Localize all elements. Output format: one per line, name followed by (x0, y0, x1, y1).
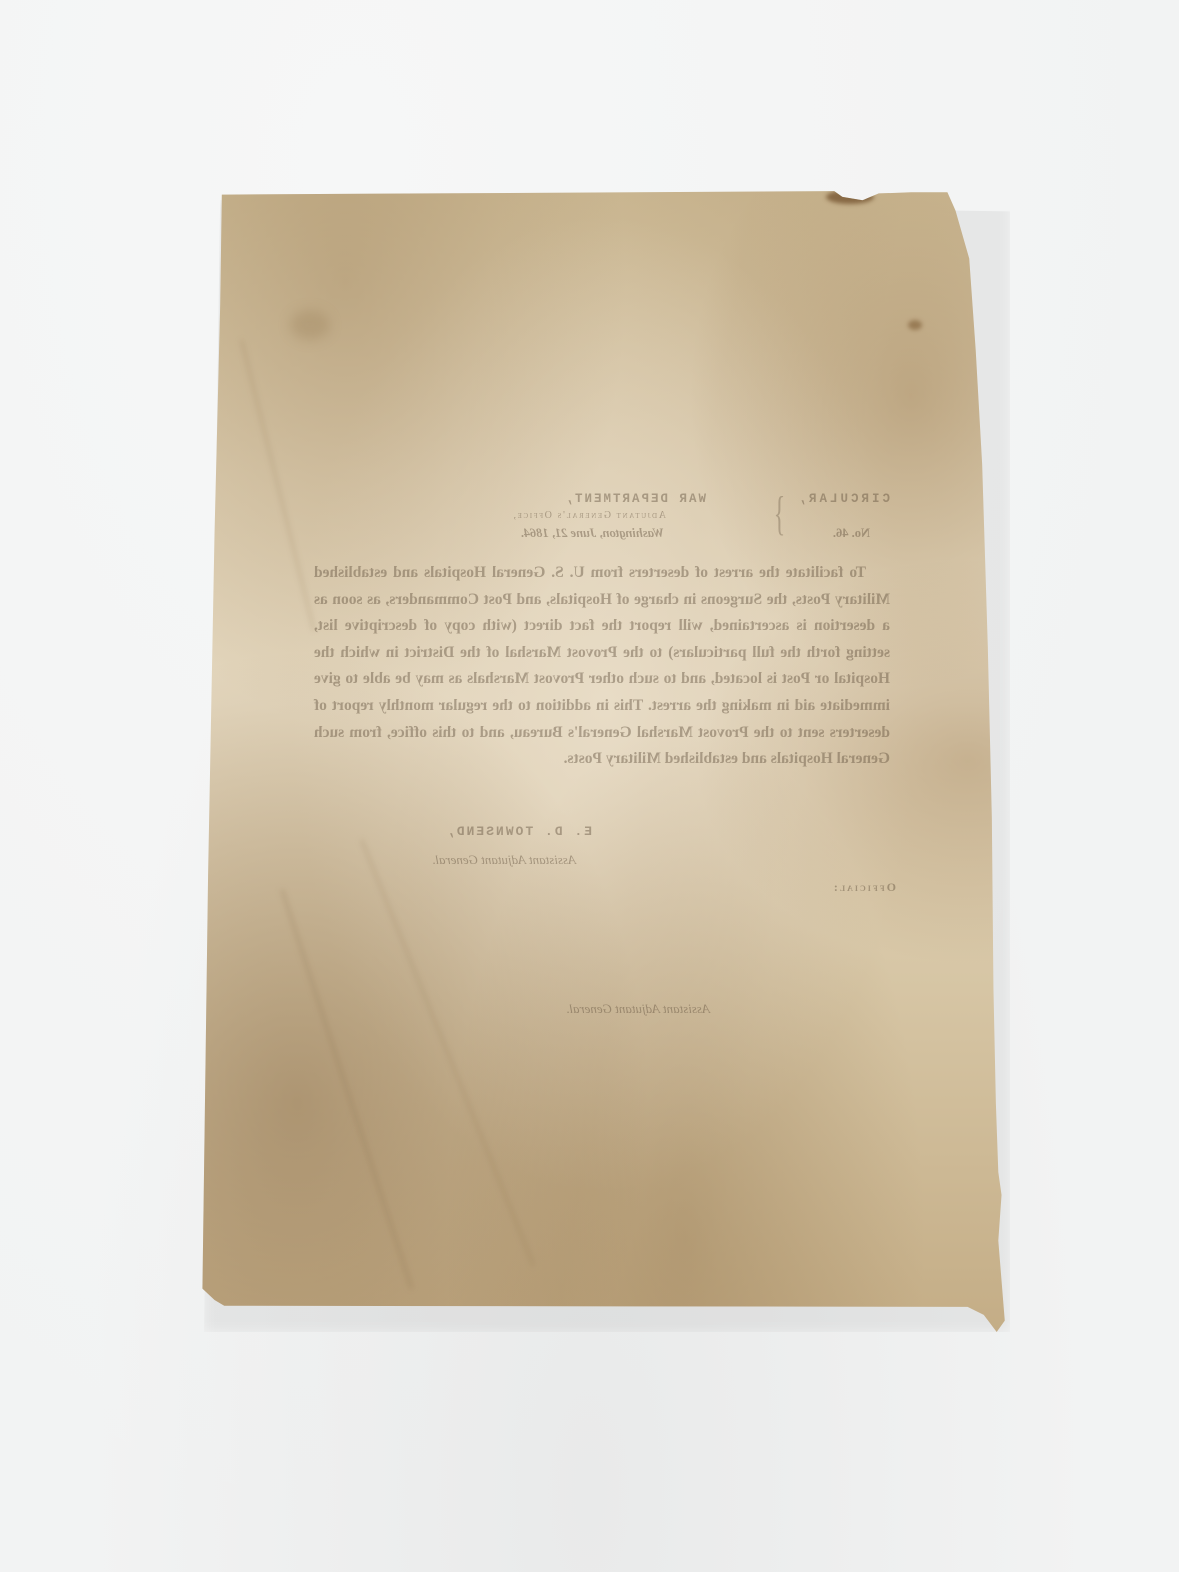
aged-paper-sheet: CIRCULAR, No. 46. } WAR DEPARTMENT, Adju… (200, 190, 1008, 1332)
body-paragraph: To facilitate the arrest of deserters fr… (314, 560, 890, 773)
department-name: WAR DEPARTMENT, (563, 492, 706, 506)
mirrored-bleed-through-text: CIRCULAR, No. 46. } WAR DEPARTMENT, Adju… (200, 190, 1008, 1332)
brace-glyph: } (774, 490, 786, 538)
official-signature-title: Assistant Adjutant General. (566, 1001, 710, 1017)
signatory-title: Assistant Adjutant General. (432, 852, 576, 868)
circular-label: CIRCULAR, (795, 492, 890, 506)
signatory-name: E. D. TOWNSEND, (445, 824, 592, 839)
dateline: Washington, June 21, 1864. (520, 526, 664, 541)
circular-body: To facilitate the arrest of deserters fr… (314, 560, 890, 773)
official-label: Official: (832, 880, 896, 895)
circular-header: CIRCULAR, No. 46. } WAR DEPARTMENT, Adju… (306, 490, 896, 550)
office-name: Adjutant General's Office, (512, 510, 666, 521)
circular-number: No. 46. (833, 526, 870, 541)
